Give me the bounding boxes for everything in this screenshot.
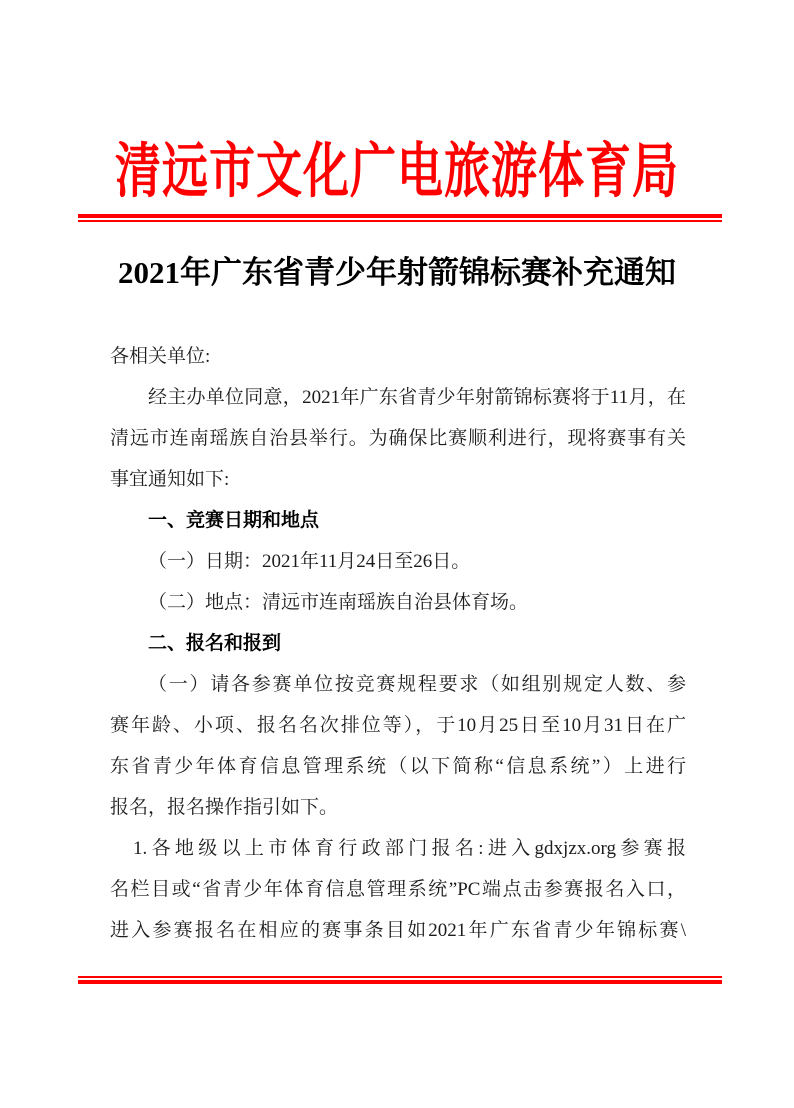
letterhead-agency-title: 清远市文化广电旅游体育局 — [0, 142, 794, 202]
footer-divider — [78, 976, 722, 984]
body-line: 名栏目或“省青少年体育信息管理系统”PC端点击参赛报名入口， — [110, 869, 686, 910]
body-line: 进入参赛报名在相应的赛事条目如2021年广东省青少年锦标赛\ — [110, 910, 686, 951]
document-page: 清远市文化广电旅游体育局 2021年广东省青少年射箭锦标赛补充通知 各相关单位:… — [0, 0, 794, 1108]
body-line: 各相关单位: — [110, 336, 686, 377]
body-line: 报名，报名操作指引如下。 — [110, 787, 686, 828]
document-title: 2021年广东省青少年射箭锦标赛补充通知 — [0, 253, 794, 293]
body-line: 一、竞赛日期和地点 — [110, 500, 686, 541]
body-line: （二）地点：清远市连南瑶族自治县体育场。 — [110, 582, 686, 623]
body-line: 赛年龄、小项、报名名次排位等），于10月25日至10月31日在广 — [110, 705, 686, 746]
body-line: 经主办单位同意，2021年广东省青少年射箭锦标赛将于11月，在 — [110, 377, 686, 418]
body-line: 事宜通知如下: — [110, 459, 686, 500]
body-line: 清远市连南瑶族自治县举行。为确保比赛顺利进行，现将赛事有关 — [110, 418, 686, 459]
letterhead-divider — [78, 214, 722, 222]
body-line: （一）日期：2021年11月24日至26日。 — [110, 541, 686, 582]
body-line: 二、报名和报到 — [110, 623, 686, 664]
body-line: 东省青少年体育信息管理系统（以下简称“信息系统”）上进行 — [110, 746, 686, 787]
body-line: 1.各地级以上市体育行政部门报名:进入gdxjzx.org参赛报 — [110, 828, 686, 869]
body-line: （一）请各参赛单位按竞赛规程要求（如组别规定人数、参 — [110, 664, 686, 705]
document-body: 各相关单位:经主办单位同意，2021年广东省青少年射箭锦标赛将于11月，在清远市… — [110, 336, 686, 951]
